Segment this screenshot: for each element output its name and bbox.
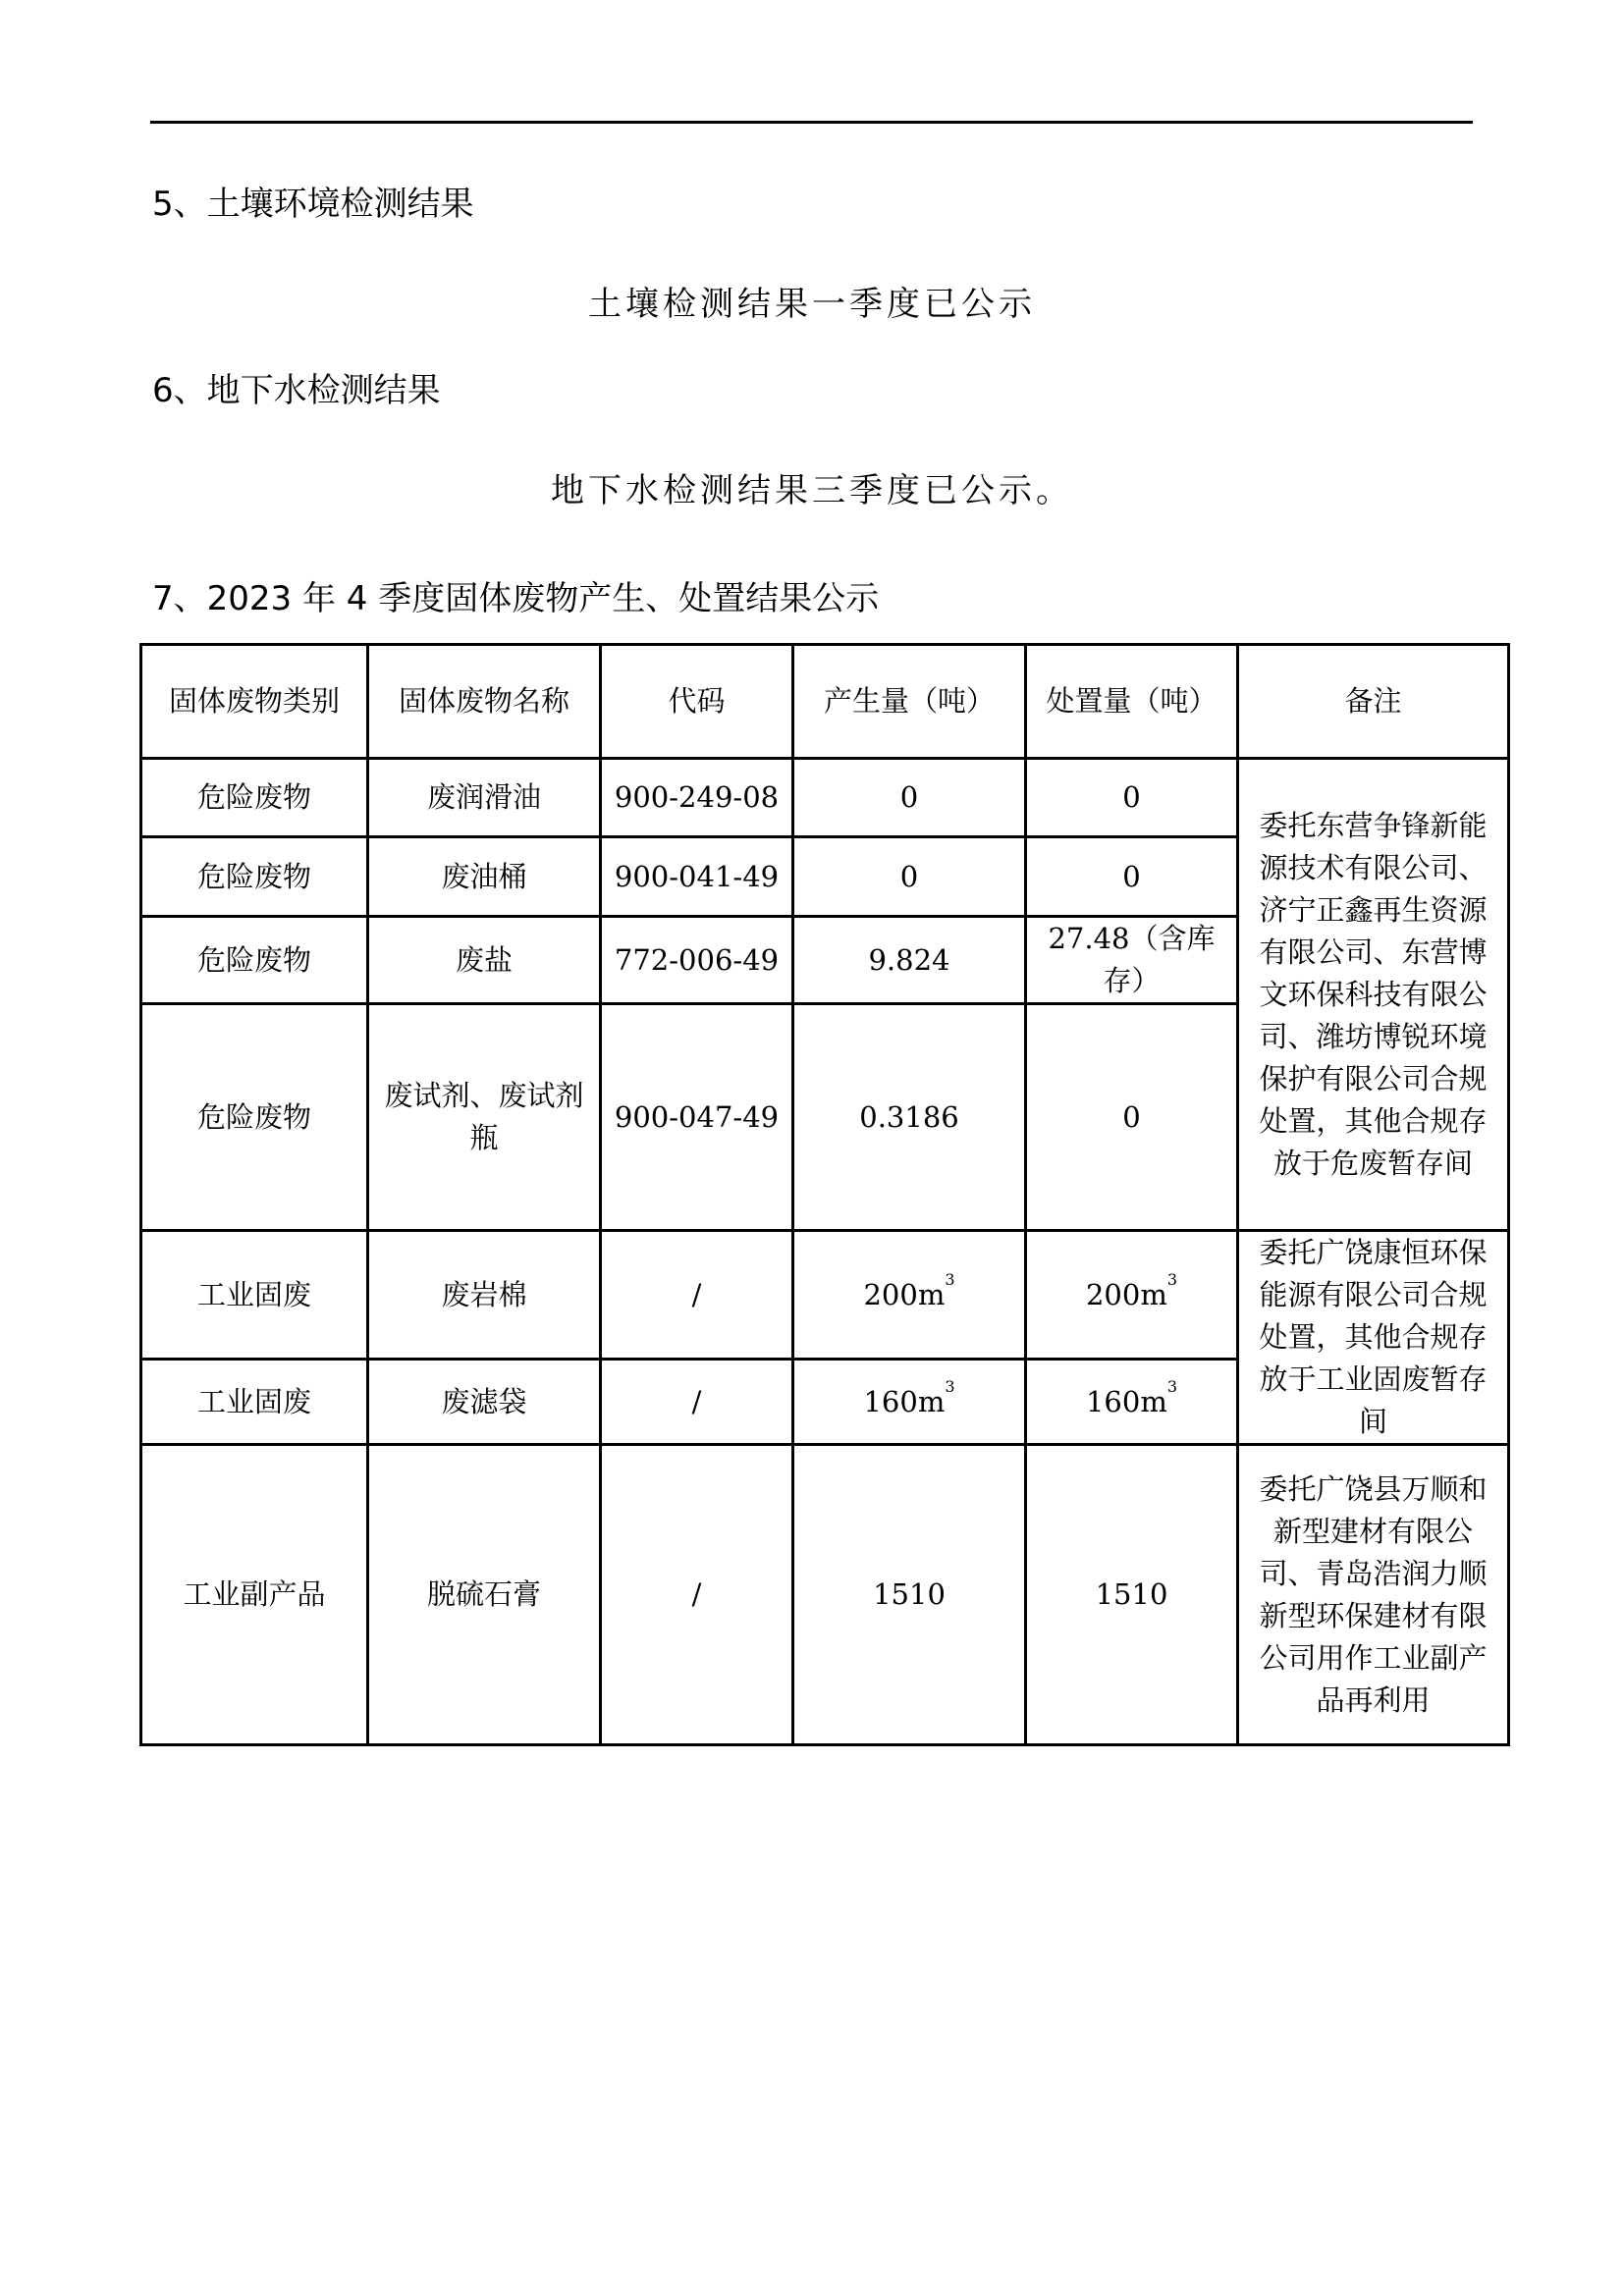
cell-disposed: 160m3 [1026, 1360, 1238, 1445]
cell-category: 危险废物 [141, 759, 368, 837]
cell-code: 900-047-49 [601, 1004, 793, 1231]
section-5-text: 土壤检测结果一季度已公示 [0, 285, 1624, 324]
cell-code: / [601, 1360, 793, 1445]
cell-name: 脱硫石膏 [368, 1445, 601, 1745]
unit: m [918, 1385, 946, 1418]
cell-category: 工业副产品 [141, 1445, 368, 1745]
cell-code: / [601, 1231, 793, 1360]
disposed-value: 160 [1086, 1385, 1140, 1418]
table-row: 工业副产品 脱硫石膏 / 1510 1510 委托广饶县万顺和新型建材有限公司、… [141, 1445, 1509, 1745]
cell-code: 772-006-49 [601, 917, 793, 1004]
unit: m [1140, 1278, 1167, 1311]
cell-category: 危险废物 [141, 917, 368, 1004]
unit: m [1140, 1385, 1167, 1418]
cell-generated: 160m3 [793, 1360, 1026, 1445]
section-6-text: 地下水检测结果三季度已公示。 [0, 471, 1624, 510]
cell-name: 废润滑油 [368, 759, 601, 837]
cell-name: 废油桶 [368, 837, 601, 917]
header-name: 固体废物名称 [368, 645, 601, 759]
section-6-heading: 6、地下水检测结果 [152, 371, 441, 410]
generated-value: 200 [863, 1278, 917, 1311]
cell-name: 废滤袋 [368, 1360, 601, 1445]
unit-exponent: 3 [1167, 1270, 1177, 1289]
cell-disposed: 200m3 [1026, 1231, 1238, 1360]
header-generated: 产生量（吨） [793, 645, 1026, 759]
cell-disposed: 1510 [1026, 1445, 1238, 1745]
solid-waste-table: 固体废物类别 固体废物名称 代码 产生量（吨） 处置量（吨） 备注 危险废物 废… [139, 643, 1510, 1746]
cell-disposed: 27.48（含库存） [1026, 917, 1238, 1004]
cell-generated: 200m3 [793, 1231, 1026, 1360]
cell-code: 900-041-49 [601, 837, 793, 917]
cell-category: 危险废物 [141, 837, 368, 917]
cell-category: 工业固废 [141, 1360, 368, 1445]
disposed-value: 200 [1086, 1278, 1140, 1311]
header-code: 代码 [601, 645, 793, 759]
header-disposed: 处置量（吨） [1026, 645, 1238, 759]
cell-code: / [601, 1445, 793, 1745]
unit: m [918, 1278, 946, 1311]
header-rule [150, 121, 1473, 124]
cell-generated: 0 [793, 759, 1026, 837]
table-row: 工业固废 废岩棉 / 200m3 200m3 委托广饶康恒环保能源有限公司合规处… [141, 1231, 1509, 1360]
section-7-heading: 7、2023 年 4 季度固体废物产生、处置结果公示 [152, 579, 879, 618]
cell-disposed: 0 [1026, 1004, 1238, 1231]
header-category: 固体废物类别 [141, 645, 368, 759]
table-header-row: 固体废物类别 固体废物名称 代码 产生量（吨） 处置量（吨） 备注 [141, 645, 1509, 759]
unit-exponent: 3 [945, 1270, 954, 1289]
unit-exponent: 3 [945, 1377, 954, 1396]
generated-value: 160 [863, 1385, 917, 1418]
cell-generated: 0.3186 [793, 1004, 1026, 1231]
cell-generated: 1510 [793, 1445, 1026, 1745]
cell-generated: 0 [793, 837, 1026, 917]
cell-category: 工业固废 [141, 1231, 368, 1360]
cell-remark-industrial: 委托广饶康恒环保能源有限公司合规处置，其他合规存放于工业固废暂存间 [1238, 1231, 1509, 1445]
cell-disposed: 0 [1026, 759, 1238, 837]
cell-remark-hazardous: 委托东营争锋新能源技术有限公司、济宁正鑫再生资源有限公司、东营博文环保科技有限公… [1238, 759, 1509, 1231]
unit-exponent: 3 [1167, 1377, 1177, 1396]
cell-code: 900-249-08 [601, 759, 793, 837]
section-5-heading: 5、土壤环境检测结果 [152, 185, 474, 224]
cell-remark-byproduct: 委托广饶县万顺和新型建材有限公司、青岛浩润力顺新型环保建材有限公司用作工业副产品… [1238, 1445, 1509, 1745]
header-remarks: 备注 [1238, 645, 1509, 759]
cell-category: 危险废物 [141, 1004, 368, 1231]
cell-name: 废岩棉 [368, 1231, 601, 1360]
cell-generated: 9.824 [793, 917, 1026, 1004]
cell-name: 废试剂、废试剂瓶 [368, 1004, 601, 1231]
table-row: 危险废物 废润滑油 900-249-08 0 0 委托东营争锋新能源技术有限公司… [141, 759, 1509, 837]
cell-disposed: 0 [1026, 837, 1238, 917]
cell-name: 废盐 [368, 917, 601, 1004]
